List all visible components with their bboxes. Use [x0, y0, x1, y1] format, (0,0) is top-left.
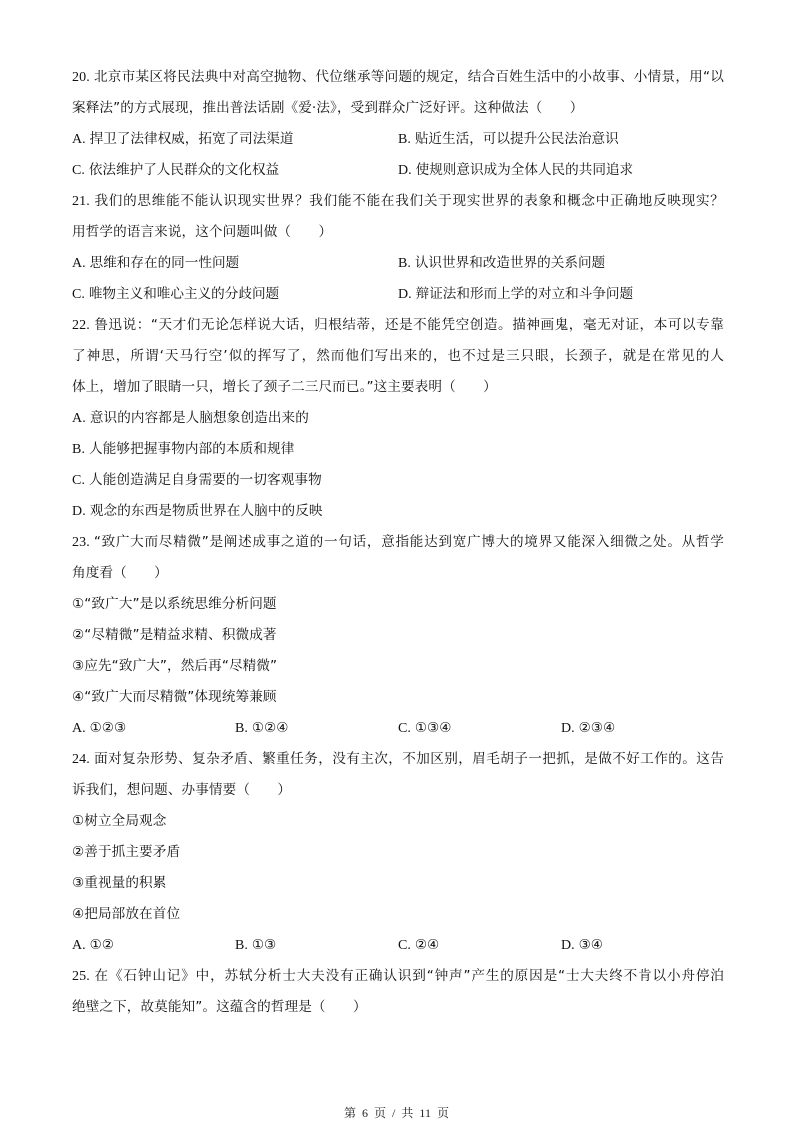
page-footer: 第6页/共11页: [0, 1104, 793, 1121]
statement-4: ④“致广大而尽精微”体现统筹兼顾: [72, 682, 724, 713]
question-22: 22.鲁迅说：“天才们无论怎样说大话，归根结蒂，还是不能凭空创造。描神画鬼，毫无…: [72, 310, 724, 527]
total-page-count: 11: [419, 1106, 431, 1120]
question-stem-line: 21.我们的思维能不能认识现实世界？我们能不能在我们关于现实世界的表象和概念中正…: [72, 186, 724, 217]
option-b: B.认识世界和改造世界的关系问题: [398, 248, 724, 279]
question-number: 23.: [72, 535, 90, 550]
option-c: C.人能创造满足自身需要的一切客观事物: [72, 465, 724, 496]
statement-1: ①“致广大”是以系统思维分析问题: [72, 589, 724, 620]
statement-1: ①树立全局观念: [72, 806, 724, 837]
statement-2: ②“尽精微”是精益求精、积微成著: [72, 620, 724, 651]
question-21: 21.我们的思维能不能认识现实世界？我们能不能在我们关于现实世界的表象和概念中正…: [72, 186, 724, 310]
options-row: A.①②③ B.①②④ C.①③④ D.②③④: [72, 713, 724, 744]
options-row: A.捍卫了法律权威，拓宽了司法渠道 B.贴近生活，可以提升公民法治意识: [72, 124, 724, 155]
question-stem-line: 22.鲁迅说：“天才们无论怎样说大话，归根结蒂，还是不能凭空创造。描神画鬼，毫无…: [72, 310, 724, 341]
question-stem-line: 了神思，所谓‘天马行空’似的挥写了，然而他们写出来的，也不过是三只眼，长颈子，就…: [72, 341, 724, 372]
question-stem-line: 体上，增加了眼睛一只，增长了颈子二三尺而已。”这主要表明（ ）: [72, 372, 724, 403]
exam-page: 20.北京市某区将民法典中对高空抛物、代位继承等问题的规定，结合百姓生活中的小故…: [72, 62, 724, 1023]
question-stem-line: 绝壁之下，故莫能知”。这蕴含的哲理是（ ）: [72, 992, 724, 1023]
option-d: D.使规则意识成为全体人民的共同追求: [398, 155, 724, 186]
option-b: B.贴近生活，可以提升公民法治意识: [398, 124, 724, 155]
question-number: 21.: [72, 194, 90, 209]
option-c: C.①③④: [398, 713, 561, 744]
option-a: A.意识的内容都是人脑想象创造出来的: [72, 403, 724, 434]
question-number: 22.: [72, 318, 90, 333]
question-number: 25.: [72, 969, 90, 984]
statement-2: ②善于抓主要矛盾: [72, 837, 724, 868]
question-stem-line: 案释法”的方式展现，推出普法话剧《爱·法》，受到群众广泛好评。这种做法（ ）: [72, 93, 724, 124]
question-stem-line: 用哲学的语言来说，这个问题叫做（ ）: [72, 217, 724, 248]
question-stem-line: 25.在《石钟山记》中，苏轼分析士大夫没有正确认识到“钟声”产生的原因是“士大夫…: [72, 961, 724, 992]
question-24: 24.面对复杂形势、复杂矛盾、繁重任务，没有主次，不加区别，眉毛胡子一把抓，是做…: [72, 744, 724, 961]
options-row: A.思维和存在的同一性问题 B.认识世界和改造世界的关系问题: [72, 248, 724, 279]
statement-3: ③重视量的积累: [72, 868, 724, 899]
option-a: A.捍卫了法律权威，拓宽了司法渠道: [72, 124, 398, 155]
option-b: B.①③: [235, 930, 398, 961]
statement-4: ④把局部放在首位: [72, 899, 724, 930]
options-row: C.依法维护了人民群众的文化权益 D.使规则意识成为全体人民的共同追求: [72, 155, 724, 186]
option-c: C.唯物主义和唯心主义的分歧问题: [72, 279, 398, 310]
statement-3: ③应先“致广大”，然后再“尽精微”: [72, 651, 724, 682]
question-20: 20.北京市某区将民法典中对高空抛物、代位继承等问题的规定，结合百姓生活中的小故…: [72, 62, 724, 186]
options-row: A.①② B.①③ C.②④ D.③④: [72, 930, 724, 961]
option-a: A.①②: [72, 930, 235, 961]
current-page-number: 6: [362, 1106, 368, 1120]
option-a: A.思维和存在的同一性问题: [72, 248, 398, 279]
option-b: B.①②④: [235, 713, 398, 744]
question-number: 24.: [72, 752, 90, 767]
question-stem-line: 20.北京市某区将民法典中对高空抛物、代位继承等问题的规定，结合百姓生活中的小故…: [72, 62, 724, 93]
option-c: C.②④: [398, 930, 561, 961]
option-c: C.依法维护了人民群众的文化权益: [72, 155, 398, 186]
option-d: D.③④: [561, 930, 724, 961]
option-a: A.①②③: [72, 713, 235, 744]
question-25: 25.在《石钟山记》中，苏轼分析士大夫没有正确认识到“钟声”产生的原因是“士大夫…: [72, 961, 724, 1023]
option-d: D.观念的东西是物质世界在人脑中的反映: [72, 496, 724, 527]
option-d: D.②③④: [561, 713, 724, 744]
footer-separator: /: [392, 1106, 395, 1120]
question-stem-line: 24.面对复杂形势、复杂矛盾、繁重任务，没有主次，不加区别，眉毛胡子一把抓，是做…: [72, 744, 724, 775]
options-row: C.唯物主义和唯心主义的分歧问题 D.辩证法和形而上学的对立和斗争问题: [72, 279, 724, 310]
question-stem-line: 23.“致广大而尽精微”是阐述成事之道的一句话，意指能达到宽广博大的境界又能深入…: [72, 527, 724, 558]
option-b: B.人能够把握事物内部的本质和规律: [72, 434, 724, 465]
question-number: 20.: [72, 70, 90, 85]
option-d: D.辩证法和形而上学的对立和斗争问题: [398, 279, 724, 310]
question-23: 23.“致广大而尽精微”是阐述成事之道的一句话，意指能达到宽广博大的境界又能深入…: [72, 527, 724, 744]
question-stem-line: 诉我们，想问题、办事情要（ ）: [72, 775, 724, 806]
question-stem-line: 角度看（ ）: [72, 558, 724, 589]
